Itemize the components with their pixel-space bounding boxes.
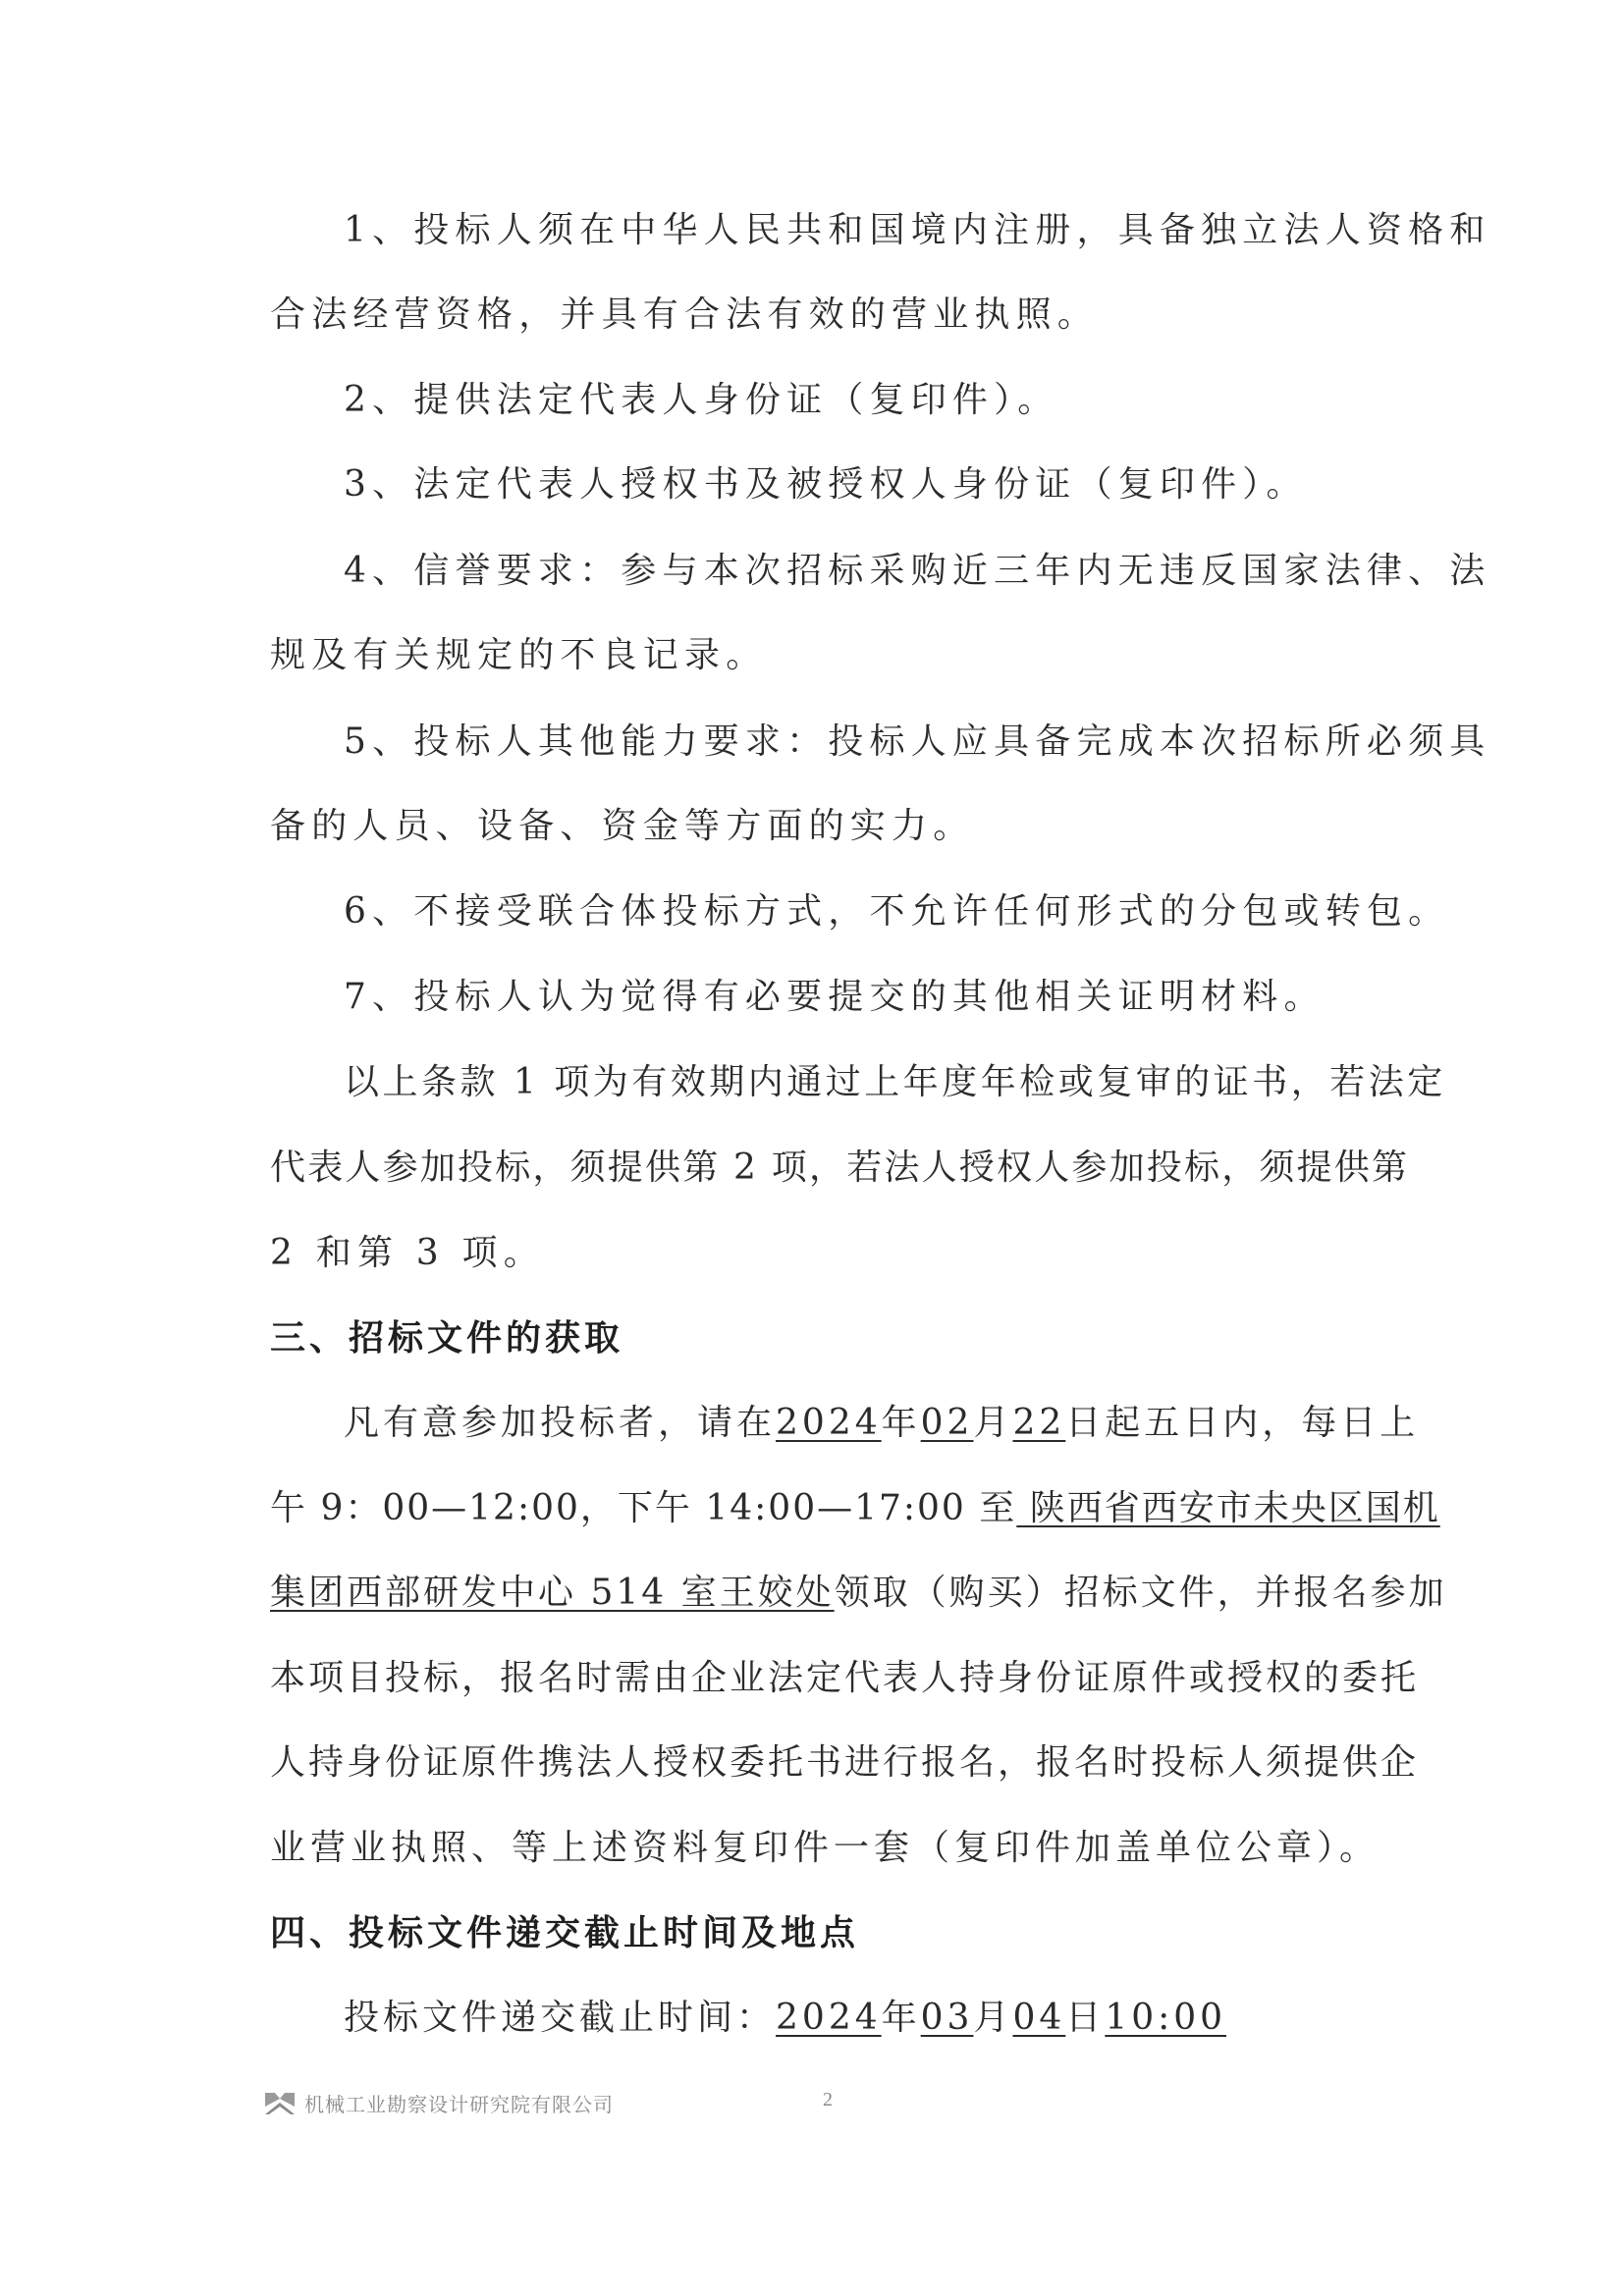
deadline-month: 03: [921, 1998, 974, 2038]
pickup-year: 2024: [776, 1403, 882, 1443]
text: 月: [973, 1403, 1012, 1443]
text: 日起五日内，每日上: [1065, 1403, 1419, 1443]
deadline-day: 04: [1012, 1998, 1065, 2038]
requirement-3: 3、法定代表人授权书及被授权人身份证（复印件）。: [344, 463, 1399, 507]
requirement-4-line-1: 4、信誉要求：参与本次招标采购近三年内无违反国家法律、法: [344, 550, 1399, 593]
text: 凡有意参加投标者，请在: [344, 1403, 776, 1443]
requirement-1-line-2: 合法经营资格，并具有合法有效的营业执照。: [270, 294, 1399, 337]
requirement-5-line-2: 备的人员、设备、资金等方面的实力。: [270, 805, 1399, 848]
address-part-2: 集团西部研发中心 514 室王姣处: [270, 1573, 835, 1613]
section-3-paragraph-line-5: 人持身份证原件携法人授权委托书进行报名，报名时投标人须提供企: [270, 1741, 1399, 1785]
office-hours: 午 9：00—12:00，下午 14:00—17:00 至: [270, 1488, 1016, 1528]
note-line-1: 以上条款 1 项为有效期内通过上年度年检或复审的证书，若法定: [344, 1061, 1399, 1104]
deadline-label: 投标文件递交截止时间：: [344, 1998, 776, 2038]
deadline-line: 投标文件递交截止时间：2024年03月04日10:00: [344, 1997, 1399, 2040]
section-3-paragraph-line-6: 业营业执照、等上述资料复印件一套（复印件加盖单位公章）。: [270, 1827, 1399, 1870]
note-line-2: 代表人参加投标，须提供第 2 项，若法人授权人参加投标，须提供第: [270, 1147, 1399, 1190]
section-3-paragraph-line-4: 本项目投标，报名时需由企业法定代表人持身份证原件或授权的委托: [270, 1657, 1399, 1700]
requirement-7: 7、投标人认为觉得有必要提交的其他相关证明材料。: [344, 976, 1399, 1019]
section-3-paragraph-line-2: 午 9：00—12:00，下午 14:00—17:00 至 陕西省西安市未央区国…: [270, 1487, 1399, 1530]
document-page: 1、投标人须在中华人民共和国境内注册，具备独立法人资格和 合法经营资格，并具有合…: [0, 0, 1623, 2296]
requirement-2: 2、提供法定代表人身份证（复印件）。: [344, 379, 1399, 422]
page-footer: 机械工业勘察设计研究院有限公司: [263, 2089, 614, 2117]
section-3-paragraph-line-1: 凡有意参加投标者，请在2024年02月22日起五日内，每日上: [344, 1402, 1399, 1445]
section-3-paragraph-line-3: 集团西部研发中心 514 室王姣处领取（购买）招标文件，并报名参加: [270, 1572, 1399, 1615]
requirement-6: 6、不接受联合体投标方式，不允许任何形式的分包或转包。: [344, 890, 1399, 934]
text: 领取（购买）招标文件，并报名参加: [835, 1573, 1447, 1613]
deadline-time: 10:00: [1105, 1998, 1226, 2038]
requirement-1-line-1: 1、投标人须在中华人民共和国境内注册，具备独立法人资格和: [344, 209, 1399, 252]
text: 日: [1065, 1998, 1105, 2038]
note-line-3: 2 和第 3 项。: [270, 1232, 1399, 1275]
section-4-heading: 四、投标文件递交截止时间及地点: [270, 1911, 1399, 1954]
text: 月: [973, 1998, 1012, 2038]
company-name: 机械工业勘察设计研究院有限公司: [304, 2089, 614, 2117]
text: 年: [882, 1403, 921, 1443]
pickup-day: 22: [1012, 1403, 1065, 1443]
text: 年: [882, 1998, 921, 2038]
company-logo-icon: [263, 2091, 297, 2116]
deadline-year: 2024: [776, 1998, 882, 2038]
section-3-heading: 三、招标文件的获取: [270, 1316, 1399, 1360]
page-number: 2: [823, 2089, 833, 2111]
requirement-5-line-1: 5、投标人其他能力要求：投标人应具备完成本次招标所必须具: [344, 721, 1399, 764]
requirement-4-line-2: 规及有关规定的不良记录。: [270, 634, 1399, 677]
address-part-1: 陕西省西安市未央区国机: [1016, 1488, 1439, 1528]
pickup-month: 02: [921, 1403, 974, 1443]
